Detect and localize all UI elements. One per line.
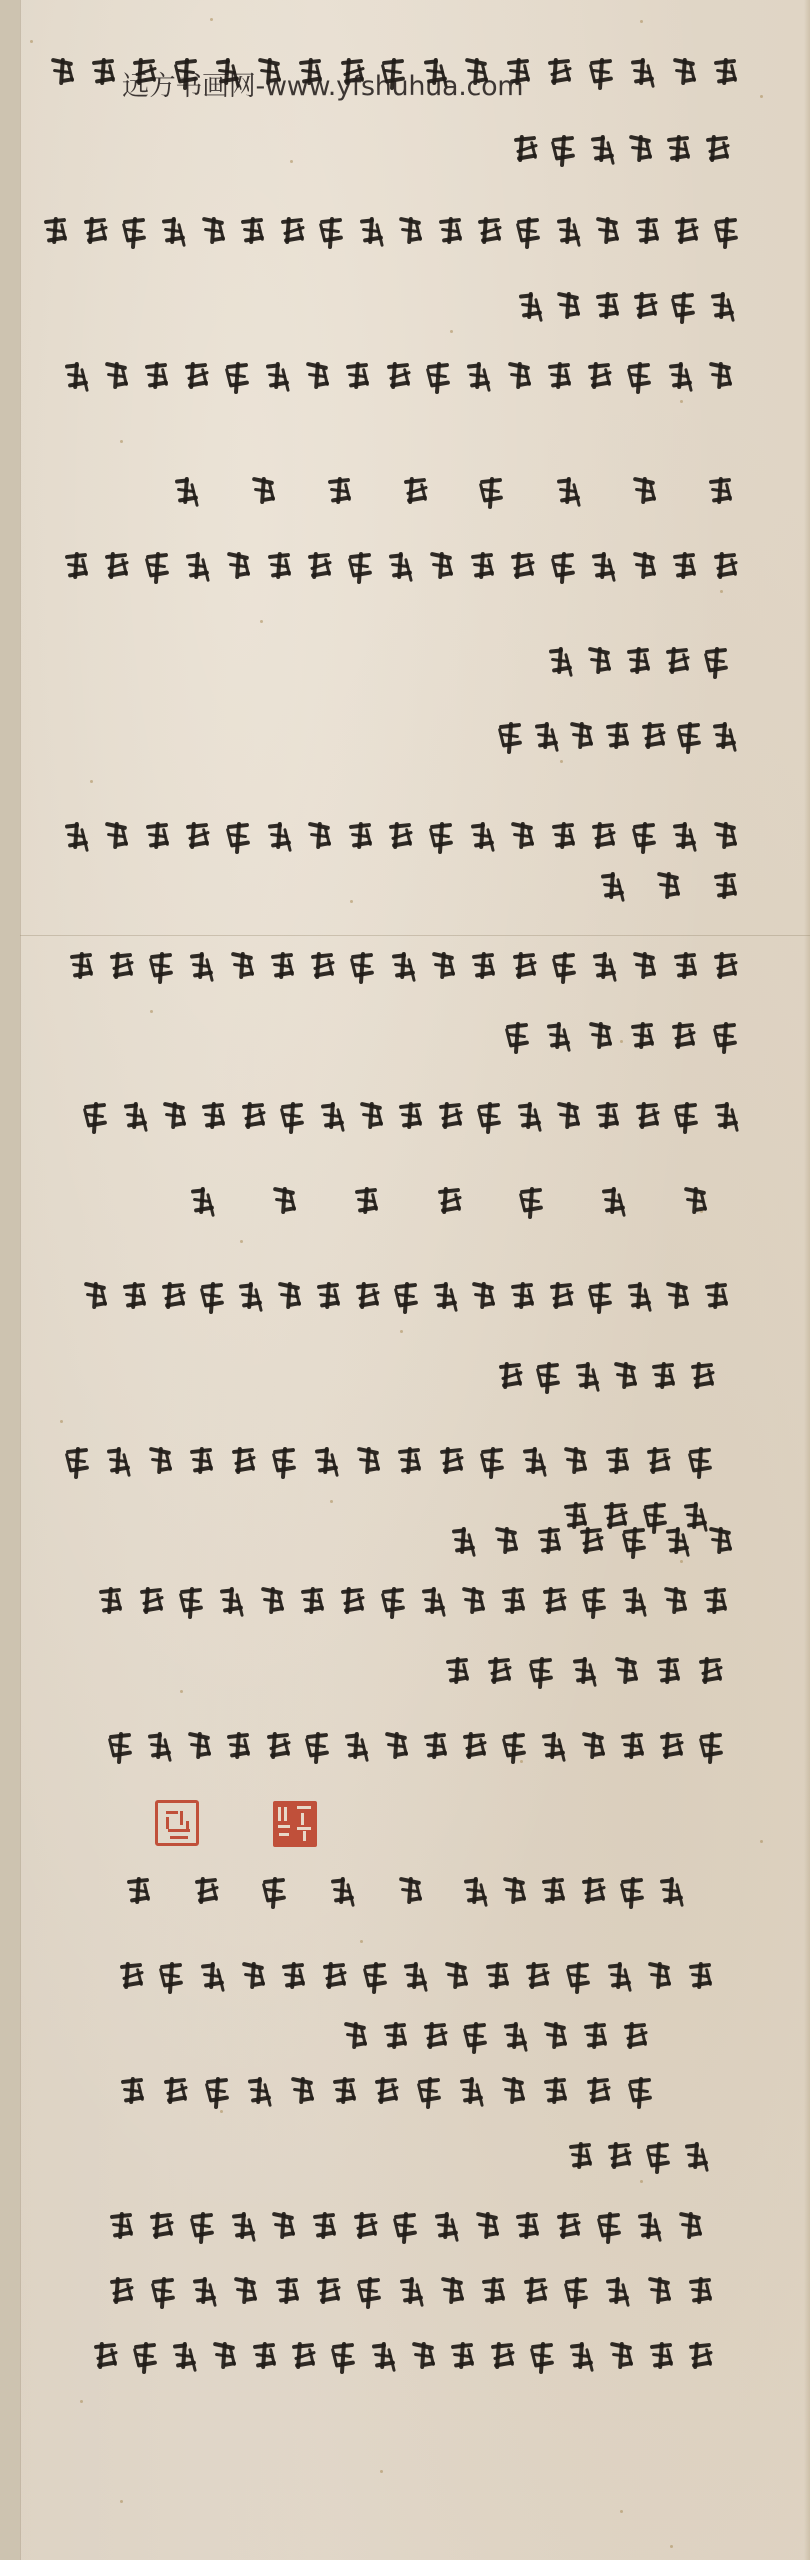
calligraphy-character [275,1280,308,1312]
calligraphy-character [657,1730,690,1762]
calligraphy-character [210,2340,244,2372]
calligraphy-character [620,1585,654,1617]
calligraphy-character [523,1960,557,1992]
calligraphy-character [361,1960,395,1992]
calligraphy-character [265,820,299,852]
calligraphy-character [419,1585,453,1617]
calligraphy-character [686,1445,720,1477]
calligraphy-character [654,870,688,902]
calligraphy-character [639,720,669,752]
calligraphy-line [490,719,740,753]
calligraphy-character [630,950,664,982]
calligraphy-character [588,133,620,165]
calligraphy-character [649,1360,681,1392]
calligraphy-character [579,1875,612,1907]
calligraphy-character [581,2020,615,2052]
calligraphy-character [436,1100,469,1132]
seal-outline-icon [155,1800,199,1846]
calligraphy-character [681,1185,715,1217]
calligraphy-character [161,2075,195,2107]
calligraphy-line [55,1444,720,1478]
calligraphy-character [633,1100,666,1132]
calligraphy-character [443,1655,477,1687]
calligraphy-character [599,1185,633,1217]
calligraphy-character [298,1585,332,1617]
calligraphy-character [469,950,503,982]
calligraphy-character [62,360,96,392]
calligraphy-character [102,360,136,392]
calligraphy-character [670,820,704,852]
calligraphy-character [461,2020,495,2052]
calligraphy-character [160,1100,193,1132]
calligraphy-character [147,950,181,982]
calligraphy-scroll: 远方书画网-www.yfshuhua.com [0,0,810,2560]
paper-speck [180,1690,183,1693]
calligraphy-character [231,2275,265,2307]
calligraphy-line [55,819,745,853]
calligraphy-character [564,1960,598,1992]
calligraphy-character [469,1280,502,1312]
calligraphy-character [686,2275,720,2307]
calligraphy-character [89,56,123,88]
calligraphy-character [711,1020,745,1052]
calligraphy-character [561,1445,595,1477]
calligraphy-character [258,1585,292,1617]
calligraphy-character [62,820,96,852]
calligraphy-character [706,1525,740,1557]
calligraphy-character [603,720,633,752]
calligraphy-character [157,1960,191,1992]
calligraphy-character [81,1100,114,1132]
paper-speck [260,620,263,623]
calligraphy-character [312,1445,346,1477]
paper-speck [120,440,123,443]
calligraphy-character [549,550,583,582]
calligraphy-character [710,720,740,752]
calligraphy-character [145,1730,178,1762]
calligraphy-character [645,1960,679,1992]
paper-speck [680,400,683,403]
seal-solid-icon [273,1801,317,1847]
calligraphy-character [223,360,257,392]
calligraphy-character [671,950,705,982]
calligraphy-character [686,1960,720,1992]
calligraphy-character [647,2340,681,2372]
calligraphy-character [415,2075,449,2107]
calligraphy-character [67,950,101,982]
calligraphy-character [188,1185,222,1217]
calligraphy-character [325,475,359,507]
calligraphy-character [182,360,216,392]
calligraphy-character [117,1960,151,1992]
calligraphy-character [224,820,258,852]
calligraphy-character [187,1445,221,1477]
calligraphy-character [503,1020,537,1052]
calligraphy-line [100,1729,730,1763]
calligraphy-character [676,2210,710,2242]
calligraphy-character [554,290,586,322]
calligraphy-character [391,2210,425,2242]
calligraphy-character [547,1280,580,1312]
calligraphy-character [124,1875,158,1907]
calligraphy-character [546,645,579,677]
calligraphy-character [666,360,700,392]
calligraphy-character [199,1100,232,1132]
calligraphy-character [63,1445,97,1477]
calligraphy-character [663,1525,697,1557]
calligraphy-character [702,645,735,677]
calligraphy-line [75,1279,735,1313]
calligraphy-character [190,2275,224,2307]
calligraphy-character [172,475,206,507]
calligraphy-character [303,360,337,392]
paper-speck [760,1840,763,1843]
calligraphy-character [589,820,623,852]
calligraphy-line [575,869,745,903]
calligraphy-character [464,360,498,392]
calligraphy-character [517,1185,551,1217]
calligraphy-character [310,2210,344,2242]
calligraphy-character [239,1960,273,1992]
calligraphy-character [381,2020,415,2052]
calligraphy-character [499,2075,533,2107]
calligraphy-character [672,1100,705,1132]
calligraphy-character [473,2210,507,2242]
calligraphy-character [702,1280,735,1312]
paper-speck [450,330,453,333]
calligraphy-character [672,215,705,247]
calligraphy-character [273,2275,307,2307]
paper-speck [620,2510,623,2513]
calligraphy-character [104,1445,138,1477]
calligraphy-character [305,820,339,852]
calligraphy-character [143,550,177,582]
calligraphy-line [110,2074,660,2108]
calligraphy-character [585,360,619,392]
calligraphy-character [457,2075,491,2107]
calligraphy-character [620,1525,654,1557]
calligraphy-character [268,950,302,982]
calligraphy-line [55,359,740,393]
calligraphy-character [711,950,745,982]
paper-speck [60,1420,63,1423]
calligraphy-character [635,2210,669,2242]
paper-speck [670,2545,673,2548]
calligraphy-character [468,550,502,582]
calligraphy-character [188,2210,222,2242]
calligraphy-character [401,475,435,507]
calligraphy-character [590,950,624,982]
calligraphy-character [131,2340,165,2372]
paper-speck [380,2470,383,2473]
calligraphy-character [554,2210,588,2242]
calligraphy-character [146,1445,180,1477]
calligraphy-character [305,550,339,582]
calligraphy-character [607,2340,641,2372]
calligraphy-character [102,820,136,852]
calligraphy-character [460,1730,493,1762]
calligraphy-character [644,2140,677,2172]
calligraphy-character [317,215,350,247]
calligraphy-character [372,2075,406,2107]
calligraphy-character [421,1730,454,1762]
calligraphy-character [508,820,542,852]
calligraphy-character [492,1525,526,1557]
calligraphy-character [527,1655,561,1687]
calligraphy-character [508,550,542,582]
calligraphy-character [437,1445,471,1477]
calligraphy-character [500,1730,533,1762]
calligraphy-character [409,2340,443,2372]
calligraphy-character [593,1100,626,1132]
paper-speck [330,1500,333,1503]
calligraphy-character [185,1730,218,1762]
calligraphy-character [357,1100,390,1132]
calligraphy-character [396,1875,430,1907]
calligraphy-line [85,2339,720,2373]
calligraphy-character [706,360,740,392]
calligraphy-character [664,133,696,165]
calligraphy-character [397,2275,431,2307]
calligraphy-character [396,1100,429,1132]
calligraphy-line [35,214,745,248]
calligraphy-character [421,2020,455,2052]
calligraphy-character [539,1730,572,1762]
calligraphy-character [595,2210,629,2242]
calligraphy-character [534,1360,566,1392]
calligraphy-character [708,290,740,322]
calligraphy-line [540,644,735,678]
calligraphy-character [540,1585,574,1617]
calligraphy-character [386,820,420,852]
paper-speck [640,2180,643,2183]
calligraphy-line [560,2139,715,2173]
calligraphy-line [55,549,745,583]
calligraphy-character [513,2210,547,2242]
calligraphy-character [192,1875,226,1907]
calligraphy-character [238,215,271,247]
calligraphy-character [611,1360,643,1392]
calligraphy-character [511,133,543,165]
calligraphy-line [490,1359,720,1393]
calligraphy-character [645,2275,679,2307]
calligraphy-character [663,645,696,677]
calligraphy-character [630,550,664,582]
calligraphy-character [314,1280,347,1312]
calligraphy-line [90,1874,430,1908]
calligraphy-character [288,2075,322,2107]
calligraphy-character [580,1585,614,1617]
calligraphy-character [618,1730,651,1762]
calligraphy-character [250,2340,284,2372]
paper-speck [120,2500,123,2503]
calligraphy-character [91,2340,125,2372]
calligraphy-character [62,550,96,582]
calligraphy-character [545,56,579,88]
calligraphy-character [603,2275,637,2307]
calligraphy-character [477,475,511,507]
calligraphy-character [566,2140,599,2172]
calligraphy-character [395,1445,429,1477]
calligraphy-character [626,133,658,165]
calligraphy-character [539,1875,572,1907]
calligraphy-character [475,1100,508,1132]
calligraphy-character [706,475,740,507]
calligraphy-line [440,1524,740,1558]
calligraphy-character [711,820,745,852]
calligraphy-character [81,215,114,247]
calligraphy-character [475,215,508,247]
calligraphy-character [392,1280,425,1312]
calligraphy-line [100,2209,710,2243]
calligraphy-character [249,475,283,507]
calligraphy-character [120,215,153,247]
calligraphy-character [81,1280,114,1312]
mount-border [0,0,20,2560]
calligraphy-character [449,1525,483,1557]
calligraphy-character [107,2275,141,2307]
calligraphy-character [515,1100,548,1132]
calligraphy-character [228,950,262,982]
paper-speck [360,1940,363,1943]
calligraphy-character [468,820,502,852]
calligraphy-character [661,1585,695,1617]
calligraphy-line [60,949,745,983]
paper-speck [240,1240,243,1243]
calligraphy-character [177,1585,211,1617]
calligraphy-character [461,1875,494,1907]
calligraphy-character [338,1585,372,1617]
calligraphy-character [549,133,581,165]
calligraphy-character [352,1185,386,1217]
calligraphy-character [669,1020,703,1052]
calligraphy-character [630,475,664,507]
calligraphy-character [688,1360,720,1392]
calligraphy-character [351,2210,385,2242]
calligraphy-character [264,1730,297,1762]
calligraphy-character [628,1020,662,1052]
calligraphy-character [236,1280,269,1312]
calligraphy-character [308,950,342,982]
calligraphy-line [110,1959,720,1993]
calligraphy-character [697,1730,730,1762]
calligraphy-character [532,720,562,752]
paper-seam [20,935,810,936]
calligraphy-character [48,56,82,88]
calligraphy-character [478,1445,512,1477]
calligraphy-character [245,2075,279,2107]
calligraphy-character [170,2340,204,2372]
calligraphy-character [485,1655,519,1687]
calligraphy-character [670,56,704,88]
calligraphy-character [147,2210,181,2242]
calligraphy-character [343,360,377,392]
calligraphy-character [346,550,380,582]
calligraphy-character [545,360,579,392]
calligraphy-character [505,360,539,392]
calligraphy-character [488,2340,522,2372]
calligraphy-character [541,2075,575,2107]
calligraphy-character [401,1960,435,1992]
calligraphy-character [711,550,745,582]
calligraphy-character [496,1360,528,1392]
paper-speck [350,900,353,903]
calligraphy-character [670,550,704,582]
paper-speck [290,160,293,163]
calligraphy-character [107,2210,141,2242]
calligraphy-character [573,1360,605,1392]
calligraphy-character [479,2275,513,2307]
calligraphy-character [436,215,469,247]
calligraphy-character [593,215,626,247]
calligraphy-character [593,290,625,322]
calligraphy-character [521,2275,555,2307]
calligraphy-character [577,1525,611,1557]
calligraphy-character [579,1730,612,1762]
calligraphy-character [353,1280,386,1312]
calligraphy-character [279,1960,313,1992]
calligraphy-character [137,1585,171,1617]
calligraphy-character [384,360,418,392]
calligraphy-character [624,645,657,677]
calligraphy-character [318,1100,351,1132]
calligraphy-character [106,1730,139,1762]
calligraphy-character [630,820,664,852]
calligraphy-character [342,1730,375,1762]
calligraphy-character [663,1280,696,1312]
calligraphy-character [263,360,297,392]
calligraphy-character [605,1960,639,1992]
calligraphy-character [603,1445,637,1477]
paper-edge [804,0,810,2560]
calligraphy-character [229,2210,263,2242]
calligraphy-character [500,1875,533,1907]
calligraphy-line [455,1874,690,1908]
paper-speck [150,1010,153,1013]
calligraphy-character [496,720,526,752]
calligraphy-character [448,2340,482,2372]
calligraphy-character [224,550,258,582]
calligraphy-character [712,1100,745,1132]
calligraphy-character [654,1655,688,1687]
calligraphy-character [633,215,666,247]
paper-speck [560,760,563,763]
calligraphy-character [438,2275,472,2307]
calligraphy-character [435,1185,469,1217]
paper-speck [400,1330,403,1333]
calligraphy-character [224,1730,257,1762]
calligraphy-character [520,1445,554,1477]
calligraphy-character [149,2275,183,2307]
calligraphy-line [335,2019,655,2053]
calligraphy-line [505,132,735,166]
calligraphy-character [625,360,659,392]
calligraphy-character [269,2210,303,2242]
calligraphy-character [554,1100,587,1132]
calligraphy-character [187,950,221,982]
calligraphy-character [544,1020,578,1052]
calligraphy-character [396,215,429,247]
calligraphy-character [270,1185,304,1217]
calligraphy-character [355,2275,389,2307]
calligraphy-character [354,1445,388,1477]
calligraphy-line [435,1654,730,1688]
calligraphy-character [686,2340,720,2372]
calligraphy-character [270,1445,304,1477]
calligraphy-character [341,2020,375,2052]
paper-speck [80,2400,83,2403]
calligraphy-line [140,1184,715,1218]
